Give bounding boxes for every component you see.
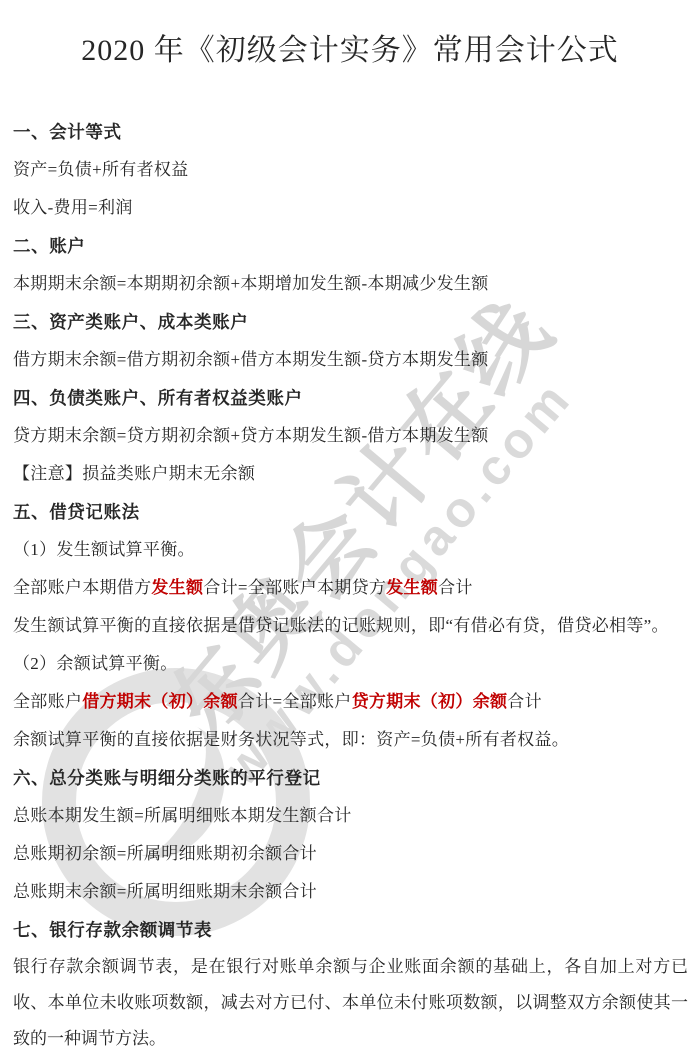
formula-line: 收入-费用=利润 (13, 189, 688, 227)
formula-line: 余额试算平衡的直接依据是财务状况等式，即：资产=负债+所有者权益。 (13, 721, 688, 759)
highlighted-term: 发生额 (386, 578, 438, 597)
section-heading-4: 四、负债类账户、所有者权益类账户 (13, 379, 688, 417)
formula-segment: 合计 (507, 692, 542, 711)
section-heading-7: 七、银行存款余额调节表 (13, 911, 688, 949)
section-heading-2: 二、账户 (13, 227, 688, 265)
document-page: 东奥会计在线 www.dongao.com 2020 年《初级会计实务》常用会计… (0, 0, 700, 1050)
formula-line: 总账期初余额=所属明细账期初余额合计 (13, 835, 688, 873)
body-paragraph: 银行存款余额调节表，是在银行对账单余额与企业账面余额的基础上，各自加上对方已收、… (13, 949, 688, 1050)
formula-line: 资产=负债+所有者权益 (13, 151, 688, 189)
formula-line: 全部账户借方期末（初）余额合计=全部账户贷方期末（初）余额合计 (13, 683, 688, 721)
formula-segment: 合计 (438, 578, 473, 597)
formula-segment: 全部账户本期借方 (13, 578, 151, 597)
section-heading-3: 三、资产类账户、成本类账户 (13, 303, 688, 341)
section-heading-6: 六、总分类账与明细分类账的平行登记 (13, 759, 688, 797)
formula-line: 全部账户本期借方发生额合计=全部账户本期贷方发生额合计 (13, 569, 688, 607)
formula-line: 借方期末余额=借方期初余额+借方本期发生额-贷方本期发生额 (13, 341, 688, 379)
formula-line: 本期期末余额=本期期初余额+本期增加发生额-本期减少发生额 (13, 265, 688, 303)
formula-line: 贷方期末余额=贷方期初余额+贷方本期发生额-借方本期发生额 (13, 417, 688, 455)
formula-segment: 合计=全部账户本期贷方 (203, 578, 386, 597)
section-heading-1: 一、会计等式 (13, 113, 688, 151)
formula-line: （1）发生额试算平衡。 (13, 531, 688, 569)
formula-segment: 全部账户 (13, 692, 82, 711)
formula-line: 【注意】损益类账户期末无余额 (13, 455, 688, 493)
formula-segment: 合计=全部账户 (238, 692, 352, 711)
formula-line: 总账期末余额=所属明细账期末余额合计 (13, 873, 688, 911)
formula-line: 发生额试算平衡的直接依据是借贷记账法的记账规则，即“有借必有贷，借贷必相等”。 (13, 607, 688, 645)
formula-line: （2）余额试算平衡。 (13, 645, 688, 683)
highlighted-term: 发生额 (151, 578, 203, 597)
section-heading-5: 五、借贷记账法 (13, 493, 688, 531)
page-title: 2020 年《初级会计实务》常用会计公式 (0, 0, 700, 69)
highlighted-term: 贷方期末（初）余额 (352, 692, 508, 711)
formula-line: 总账本期发生额=所属明细账本期发生额合计 (13, 797, 688, 835)
highlighted-term: 借方期末（初）余额 (82, 692, 238, 711)
document-body: 一、会计等式资产=负债+所有者权益收入-费用=利润二、账户本期期末余额=本期期初… (0, 113, 700, 1050)
